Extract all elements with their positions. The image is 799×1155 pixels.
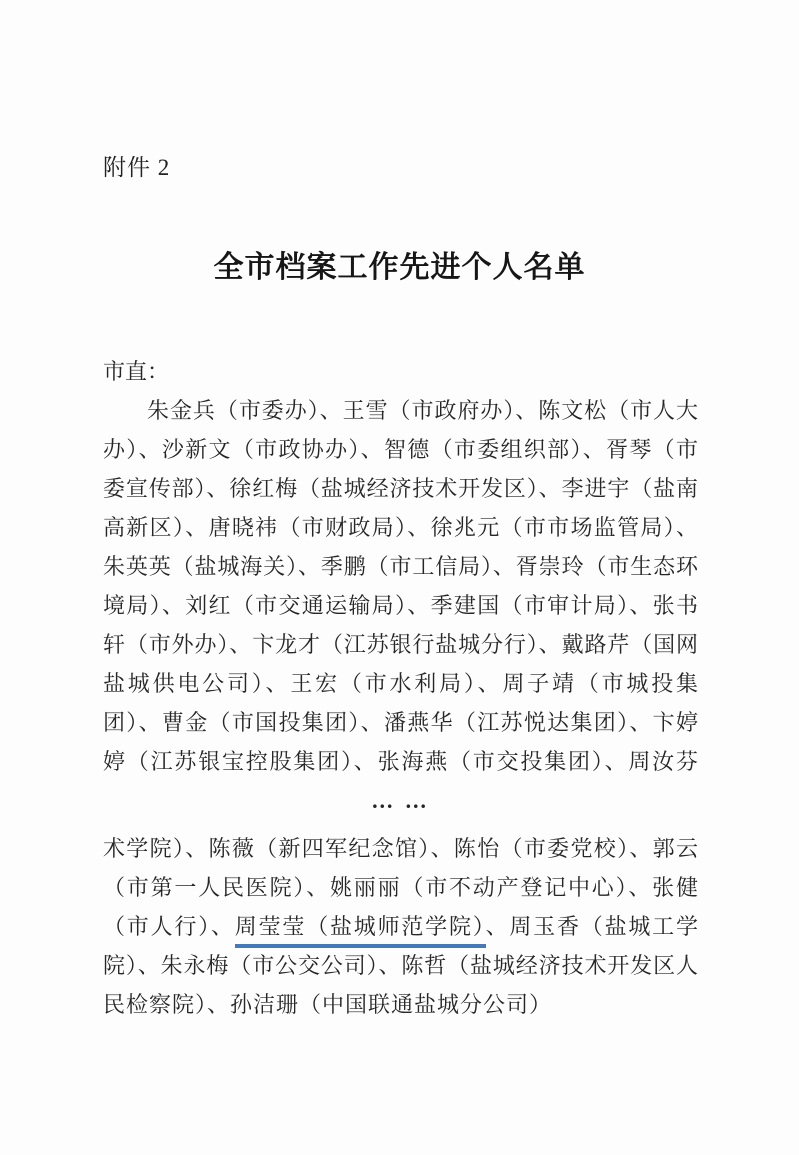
text-line: 轩（市外办）、卞龙才（江苏银行盐城分行）、戴路芹（国网 (103, 625, 698, 664)
text-line: （市第一人民医院）、姚丽丽（市不动产登记中心）、张健 (103, 868, 698, 907)
document-page: 附件 2 全市档案工作先进个人名单 市直： 朱金兵（市委办）、王雪（市政府办）、… (0, 0, 799, 1155)
text-line: 境局）、刘红（市交通运输局）、季建国（市审计局）、张书 (103, 586, 698, 625)
text-line: 民检察院）、孙洁珊（中国联通盐城分公司） (103, 985, 698, 1024)
text-line: 团）、曹金（市国投集团）、潘燕华（江苏悦达集团）、卞婷 (103, 703, 698, 742)
attachment-label: 附件 2 (103, 153, 170, 183)
underlined-text: 周莹莹（盐城师范学院） (235, 914, 486, 948)
text-line-with-underline: （市人行）、周莹莹（盐城师范学院）、周玉香（盐城工学 (103, 907, 698, 946)
text-line: 盐城供电公司）、王宏（市水利局）、周子靖（市城投集 (103, 664, 698, 703)
text-line: 朱金兵（市委办）、王雪（市政府办）、陈文松（市人大 (103, 391, 698, 430)
section-label: 市直： (103, 352, 698, 391)
text-line: 院）、朱永梅（市公交公司）、陈哲（盐城经济技术开发区人 (103, 946, 698, 985)
text-line: 婷（江苏银宝控股集团）、张海燕（市交投集团）、周汝芬 (103, 742, 698, 781)
ellipsis-separator: … … (103, 781, 698, 820)
text-line: 术学院）、陈薇（新四军纪念馆）、陈怡（市委党校）、郭云 (103, 829, 698, 868)
text-line: 办）、沙新文（市政协办）、智德（市委组织部）、胥琴（市 (103, 430, 698, 469)
text-line: 朱英英（盐城海关）、季鹏（市工信局）、胥崇玲（市生态环 (103, 547, 698, 586)
text-line: 委宣传部）、徐红梅（盐城经济技术开发区）、李进宇（盐南 (103, 469, 698, 508)
paragraph-city-direct: 市直： 朱金兵（市委办）、王雪（市政府办）、陈文松（市人大 办）、沙新文（市政协… (103, 352, 698, 820)
text-line: 高新区）、唐晓祎（市财政局）、徐兆元（市市场监管局）、 (103, 508, 698, 547)
page-title: 全市档案工作先进个人名单 (0, 249, 799, 287)
text-segment: 、周玉香（盐城工学 (486, 914, 698, 939)
text-segment: （市人行）、 (103, 914, 235, 939)
paragraph-continued: 术学院）、陈薇（新四军纪念馆）、陈怡（市委党校）、郭云 （市第一人民医院）、姚丽… (103, 829, 698, 1024)
